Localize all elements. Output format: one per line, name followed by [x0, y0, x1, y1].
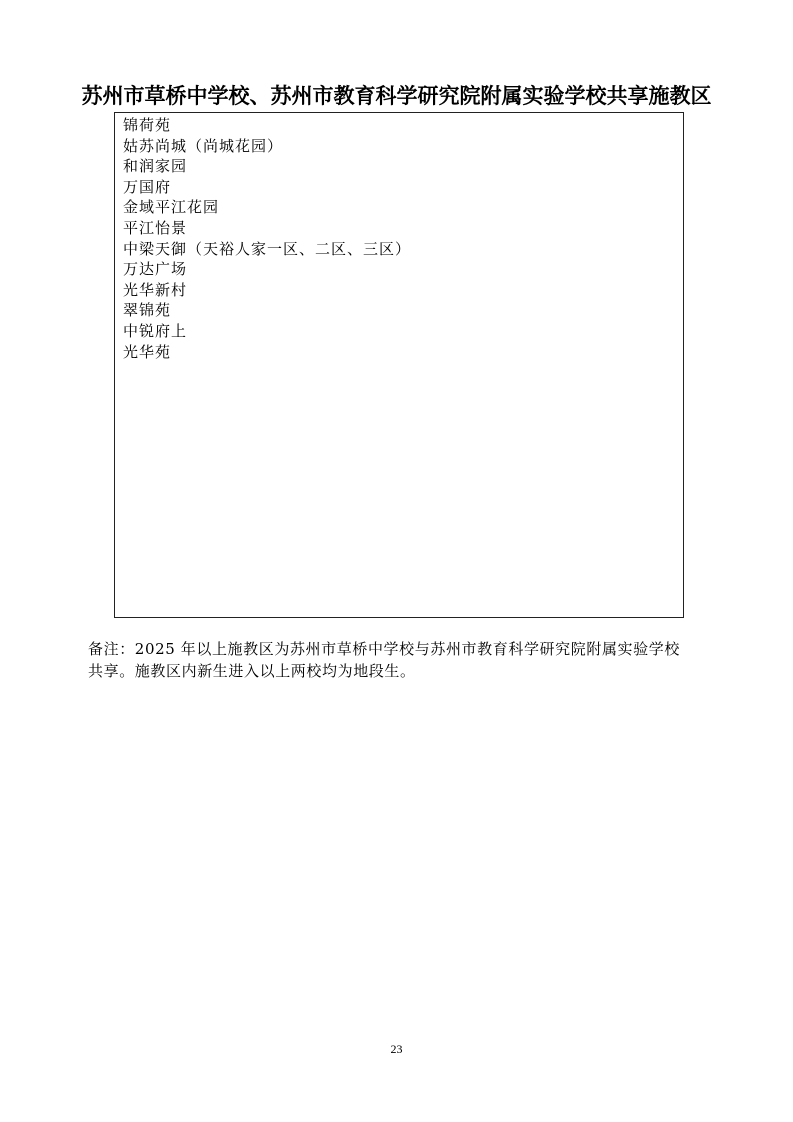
list-item: 锦荷苑 [123, 115, 683, 136]
list-item: 和润家园 [123, 156, 683, 177]
residential-area-list: 锦荷苑 姑苏尚城（尚城花园） 和润家园 万国府 金域平江花园 平江怡景 中梁天御… [115, 113, 683, 362]
list-item: 平江怡景 [123, 218, 683, 239]
page-title: 苏州市草桥中学校、苏州市教育科学研究院附属实验学校共享施教区 [0, 82, 793, 110]
list-item: 光华苑 [123, 342, 683, 363]
list-item: 万达广场 [123, 259, 683, 280]
note-paragraph: 备注：2025 年以上施教区为苏州市草桥中学校与苏州市教育科学研究院附属实验学校… [88, 638, 713, 682]
page-number: 23 [0, 1042, 793, 1056]
residential-area-table: 锦荷苑 姑苏尚城（尚城花园） 和润家园 万国府 金域平江花园 平江怡景 中梁天御… [114, 112, 684, 618]
list-item: 中梁天御（天裕人家一区、二区、三区） [123, 239, 683, 260]
list-item: 姑苏尚城（尚城花园） [123, 136, 683, 157]
list-item: 金域平江花园 [123, 197, 683, 218]
list-item: 光华新村 [123, 280, 683, 301]
note-line-2: 共享。施教区内新生进入以上两校均为地段生。 [88, 660, 713, 682]
note-line-1: 备注：2025 年以上施教区为苏州市草桥中学校与苏州市教育科学研究院附属实验学校 [88, 638, 713, 660]
list-item: 翠锦苑 [123, 300, 683, 321]
list-item: 中锐府上 [123, 321, 683, 342]
list-item: 万国府 [123, 177, 683, 198]
